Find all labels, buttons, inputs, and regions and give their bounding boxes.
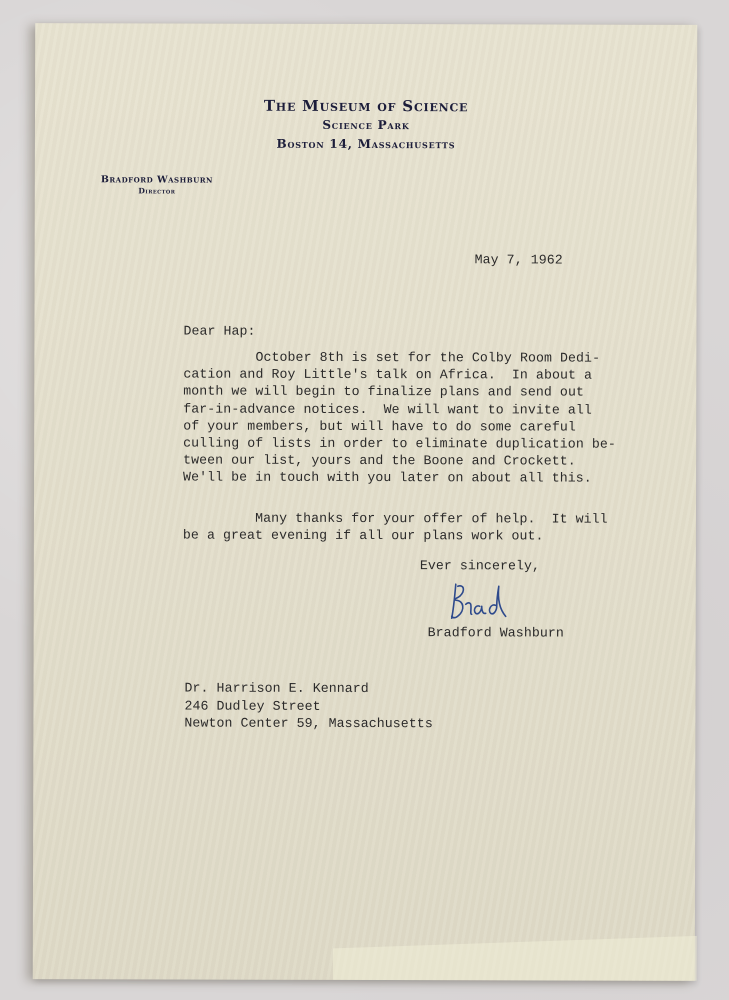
letter-paper: The Museum of Science Science Park Bosto… bbox=[33, 23, 698, 981]
signature-icon bbox=[444, 580, 514, 622]
recipient-street: 246 Dudley Street bbox=[184, 697, 432, 715]
sender-title: Director bbox=[101, 186, 213, 196]
paragraph-2: Many thanks for your offer of help. It w… bbox=[183, 510, 608, 545]
body-line: tween our list, yours and the Boone and … bbox=[183, 452, 583, 470]
sender-block: Bradford Washburn Director bbox=[101, 173, 213, 196]
body-line: October 8th is set for the Colby Room De… bbox=[183, 349, 583, 367]
body-line: culling of lists in order to eliminate d… bbox=[183, 434, 583, 452]
sender-name: Bradford Washburn bbox=[101, 173, 213, 186]
letterhead-location: Science Park bbox=[35, 115, 697, 136]
salutation: Dear Hap: bbox=[183, 324, 255, 339]
letterhead-city: Boston 14, Massachusetts bbox=[35, 134, 697, 155]
handwritten-signature bbox=[444, 580, 514, 622]
body-line: We'll be in touch with you later on abou… bbox=[183, 469, 583, 487]
paragraph-1: October 8th is set for the Colby Room De… bbox=[183, 349, 583, 488]
body-line: month we will begin to finalize plans an… bbox=[183, 383, 583, 401]
body-line: far-in-advance notices. We will want to … bbox=[183, 400, 583, 418]
letter-date: May 7, 1962 bbox=[475, 252, 563, 267]
closing: Ever sincerely, bbox=[420, 558, 540, 573]
signer-name: Bradford Washburn bbox=[428, 625, 564, 640]
letterhead: The Museum of Science Science Park Bosto… bbox=[35, 95, 697, 155]
recipient-address: Dr. Harrison E. Kennard 246 Dudley Stree… bbox=[184, 680, 433, 733]
letterhead-organization: The Museum of Science bbox=[35, 95, 697, 117]
body-line: be a great evening if all our plans work… bbox=[183, 527, 608, 545]
body-line: Many thanks for your offer of help. It w… bbox=[183, 510, 608, 528]
body-line: cation and Roy Little's talk on Africa. … bbox=[183, 366, 583, 384]
body-line: of your members, but will have to do som… bbox=[183, 417, 583, 435]
recipient-name: Dr. Harrison E. Kennard bbox=[184, 680, 432, 698]
recipient-city: Newton Center 59, Massachusetts bbox=[184, 715, 432, 733]
